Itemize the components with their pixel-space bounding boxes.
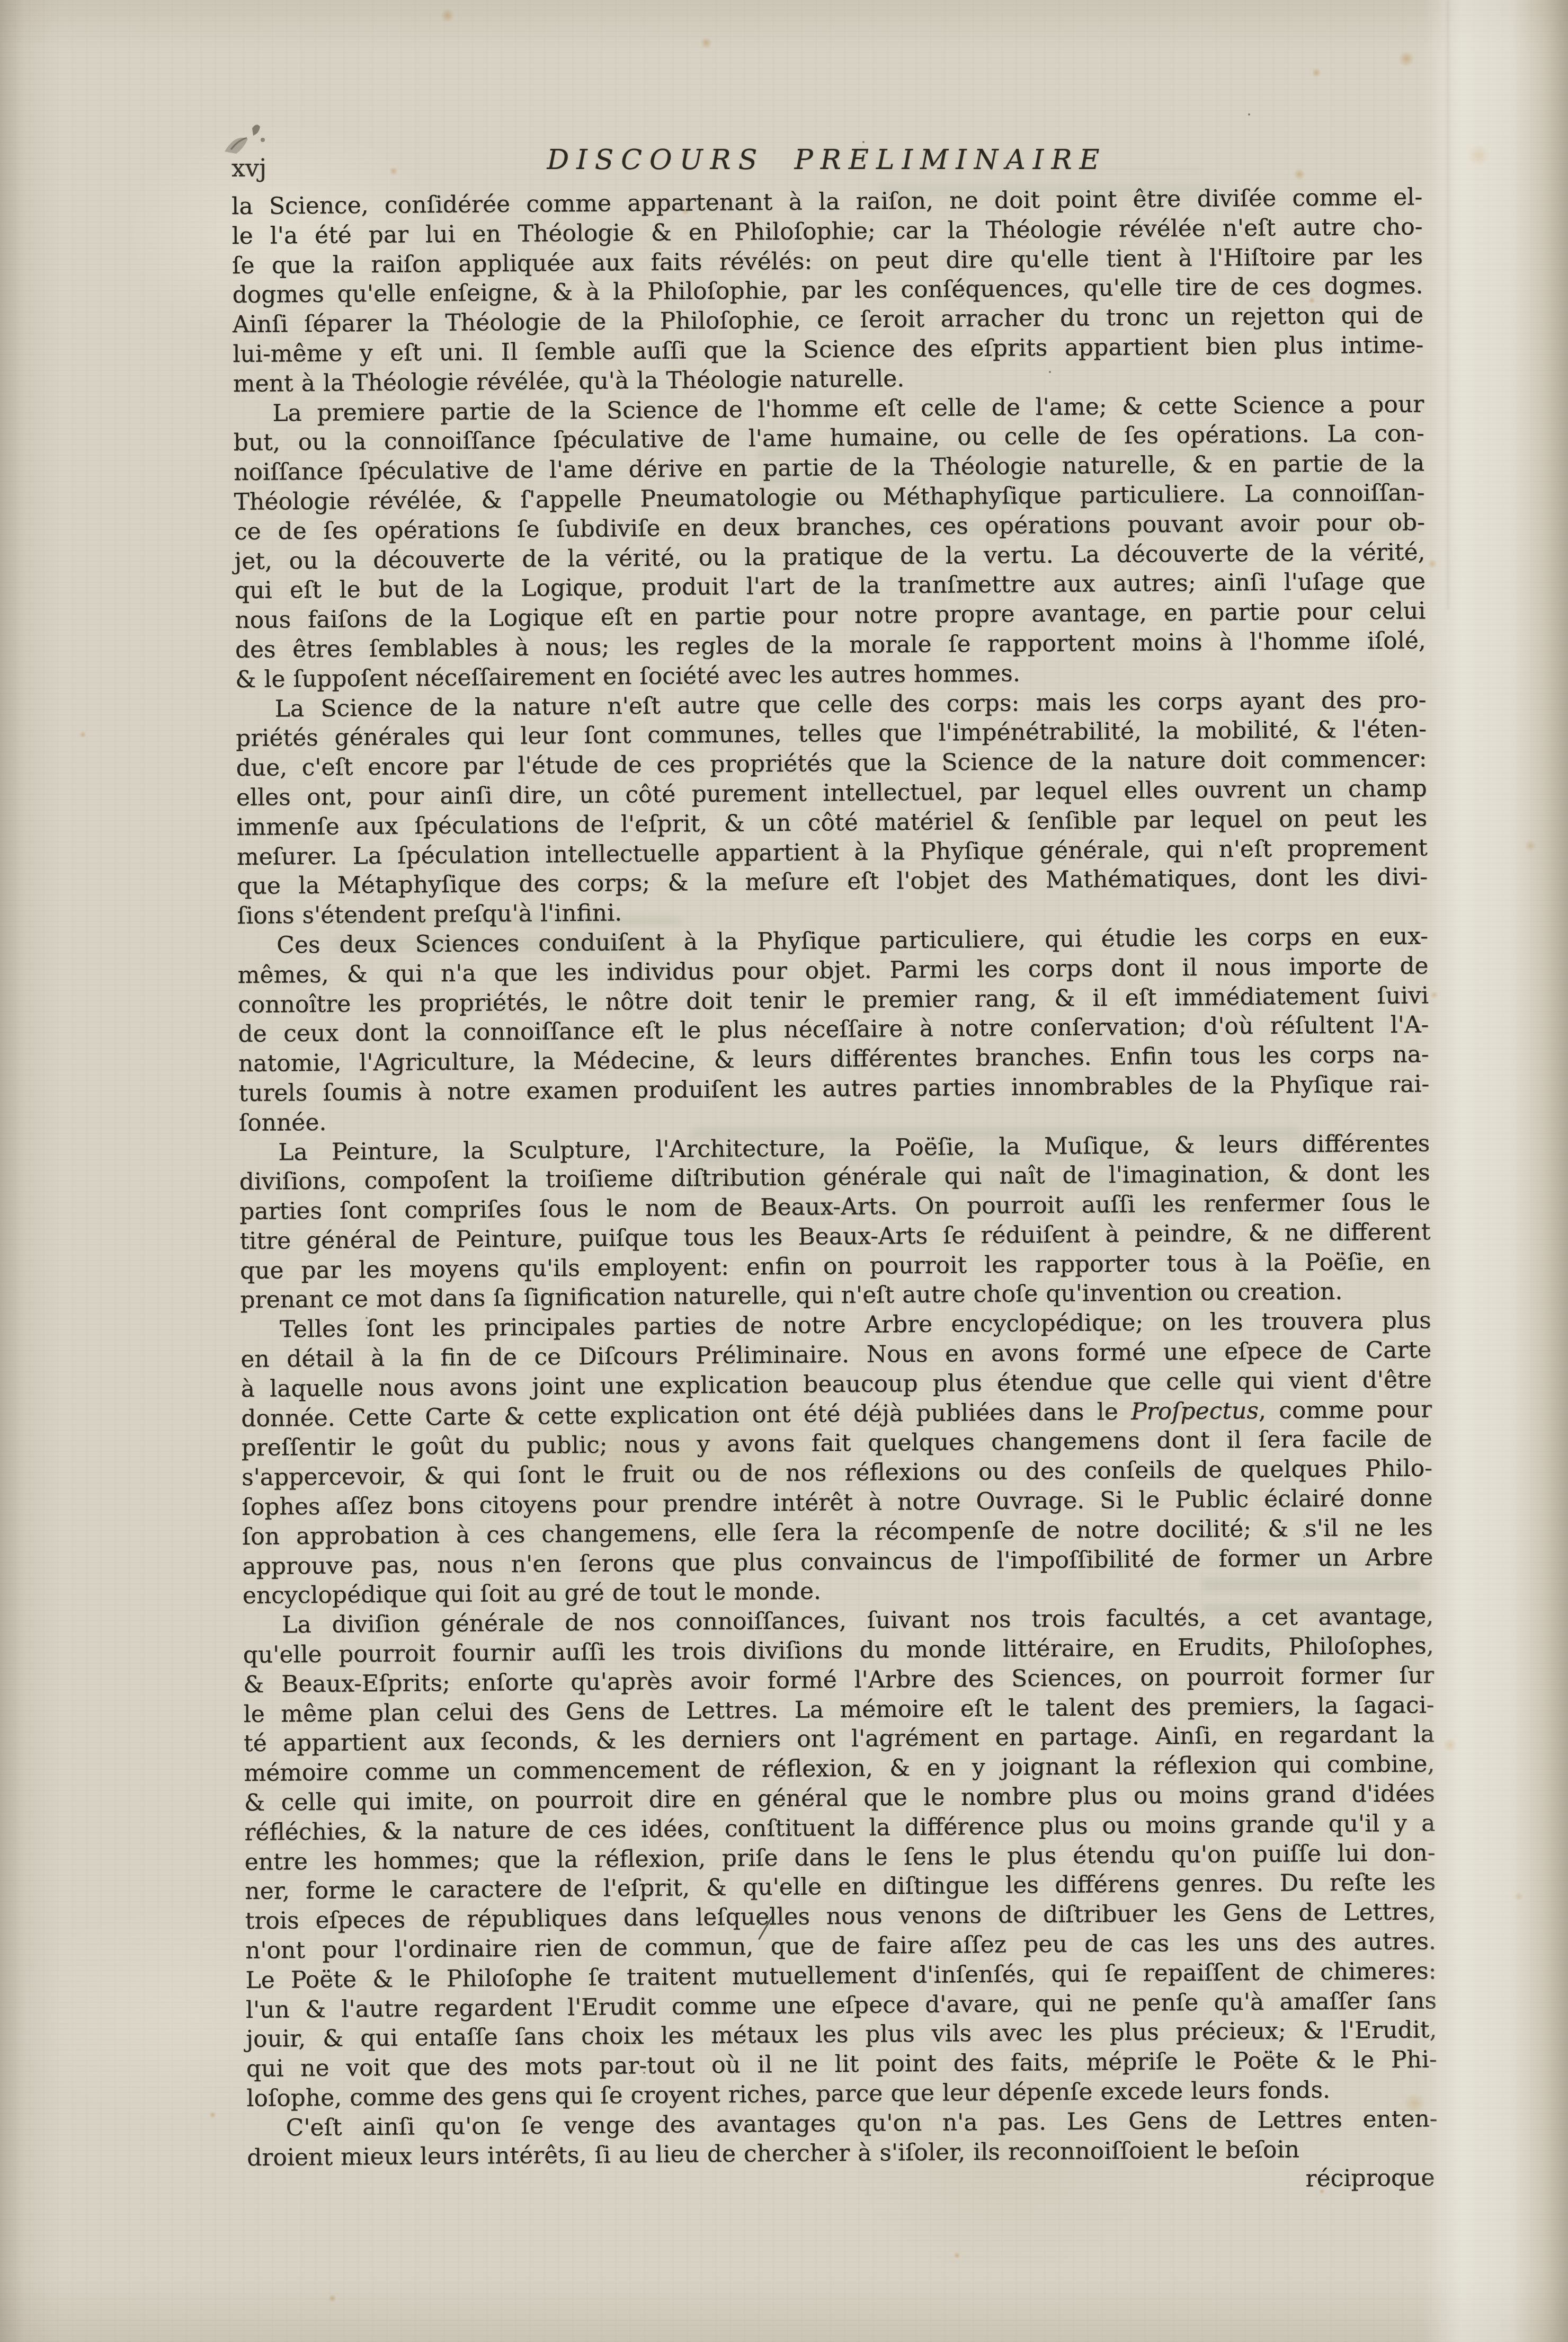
paragraph: La Science de la nature n'eſt autre que … bbox=[235, 685, 1428, 931]
paragraph: La Peinture, la Sculpture, l'Architectur… bbox=[239, 1129, 1431, 1315]
page-crease bbox=[1447, 0, 1449, 609]
foxing-spot bbox=[1467, 144, 1490, 166]
running-header: DISCOURS PRELIMINAIRE bbox=[231, 144, 1422, 176]
scanned-book-page: xvj DISCOURS PRELIMINAIRE la Science, co… bbox=[0, 0, 1568, 2342]
ink-speck bbox=[1248, 113, 1250, 116]
foxing-spot bbox=[1525, 840, 1536, 851]
foxing-spot bbox=[1428, 559, 1437, 569]
page-right-edge bbox=[1423, 0, 1568, 2342]
paragraph: La premiere partie de la Science de l'ho… bbox=[233, 389, 1426, 695]
foxing-spot bbox=[79, 731, 86, 738]
text-block: la Science, conſidérée comme appartenant… bbox=[231, 182, 1438, 2202]
foxing-spot bbox=[700, 37, 712, 49]
paragraph: Ces deux Sciences conduiſent à la Phyſiq… bbox=[237, 921, 1430, 1138]
foxing-spot bbox=[209, 2112, 216, 2118]
foxing-spot bbox=[1398, 51, 1414, 67]
paragraph: La diviſion générale de nos connoiſſance… bbox=[243, 1602, 1437, 2114]
foxing-spot bbox=[441, 8, 455, 22]
paragraph: la Science, conſidérée comme appartenant… bbox=[231, 182, 1424, 398]
foxing-spot bbox=[1514, 1892, 1524, 1901]
foxing-spot bbox=[1430, 991, 1438, 999]
foxing-spot bbox=[328, 2294, 336, 2302]
paragraph: Telles ſont les principales parties de n… bbox=[240, 1306, 1433, 1611]
foxing-spot bbox=[954, 2252, 960, 2259]
foxing-spot bbox=[1444, 1738, 1457, 1752]
paragraph: C'eſt ainſi qu'on ſe venge des avantages… bbox=[246, 2104, 1438, 2172]
ink-speck bbox=[862, 141, 865, 143]
foxing-spot bbox=[1312, 68, 1321, 77]
